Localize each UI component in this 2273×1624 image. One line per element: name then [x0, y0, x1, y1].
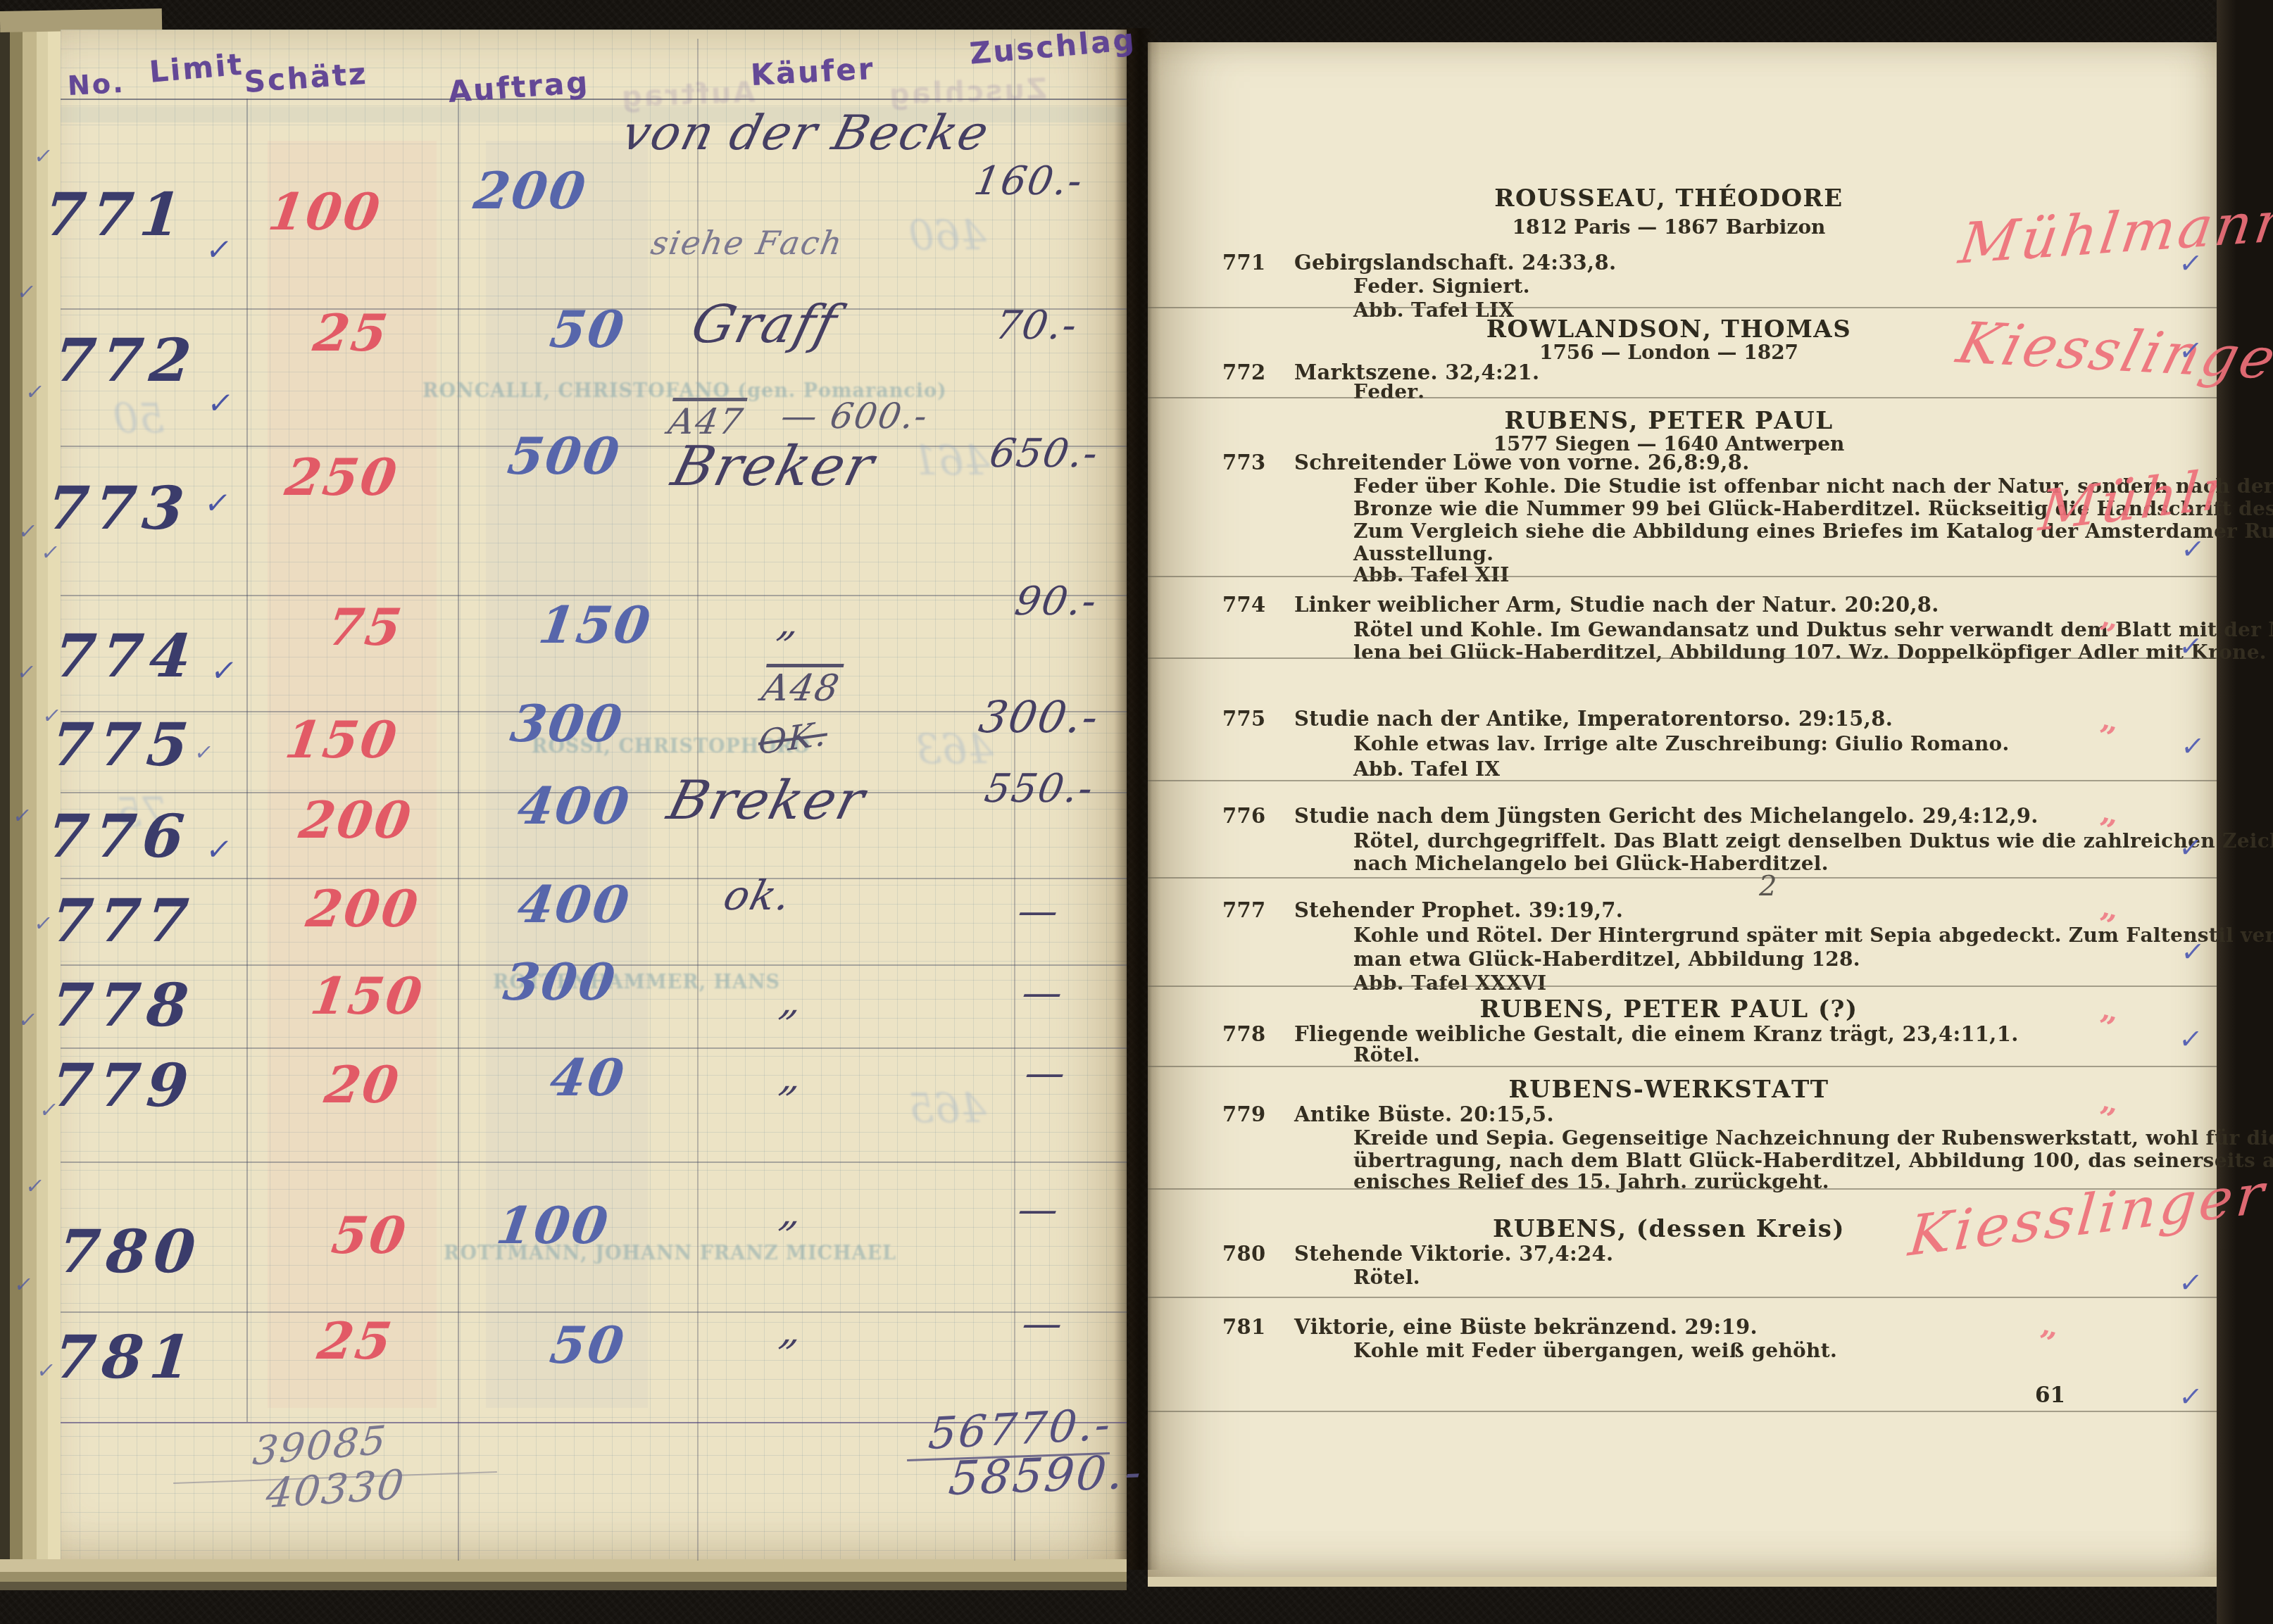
catalog-lot-number: 778 — [1222, 1022, 1265, 1046]
pencil-mark: 2 — [1759, 870, 1777, 902]
checkmark-icon: ✓ — [2179, 731, 2206, 762]
page-stack-edge-bottom — [0, 1572, 1127, 1582]
entry-divider — [1148, 877, 2217, 879]
column-header-no: No. — [67, 68, 126, 101]
bleedthrough-number: 461 — [912, 436, 990, 484]
catalog-lot-number: 775 — [1222, 707, 1265, 731]
catalog-lot-number: 780 — [1222, 1242, 1265, 1266]
hammer-price: 300.- — [975, 691, 1103, 743]
entry-divider — [1148, 657, 2217, 659]
catalog-lot-line: Feder. Signiert. — [1353, 275, 1530, 298]
limit-value: 200 — [303, 879, 423, 938]
limit-value: 150 — [282, 710, 402, 769]
catalog-lot-line: Kohle mit Feder übergangen, weiß gehöht. — [1353, 1339, 1837, 1362]
artist-heading: RUBENS, PETER PAUL — [1183, 407, 2155, 435]
catalog-lot-number: 776 — [1222, 804, 1265, 828]
catalog-lot-line: lena bei Glück-Haberditzel, Abbildung 10… — [1353, 641, 2273, 664]
catalog-lot-number: 772 — [1222, 360, 1265, 384]
catalog-lot-line: Abb. Tafel XII — [1353, 563, 1510, 586]
catalog-lot-title: Stehender Prophet. 39:19,7. — [1294, 898, 1623, 922]
hammer-price-dash: — — [1019, 970, 1067, 1016]
catalog-lot-number: 777 — [1222, 898, 1265, 922]
catalog-lot-line: Abb. Tafel IX — [1353, 757, 1500, 781]
page-stack-edge — [0, 30, 10, 1561]
catalog-lot-title: Antike Büste. 20:15,5. — [1294, 1102, 1554, 1126]
schaetz-value: 50 — [546, 299, 630, 359]
hammer-price: 650.- — [987, 431, 1103, 477]
page-stack-edge — [23, 30, 37, 1561]
entry-divider — [1148, 1066, 2217, 1067]
entry-divider — [1148, 1411, 2217, 1412]
lot-number: 772 — [51, 325, 200, 395]
entry-divider — [1148, 780, 2217, 781]
pencil-sum-corrected: 40330 — [264, 1460, 408, 1517]
entry-divider — [1148, 397, 2217, 398]
limit-value: 50 — [328, 1205, 411, 1265]
buyer-name: Graff — [686, 294, 844, 355]
lot-number: 781 — [51, 1322, 200, 1392]
limit-value: 25 — [314, 1311, 397, 1371]
hammer-price-dash: — — [1019, 1301, 1067, 1347]
catalog-lot-number: 779 — [1222, 1102, 1265, 1126]
schaetz-value: 100 — [493, 1195, 613, 1255]
row-rule — [61, 1162, 1127, 1163]
lot-number: 777 — [49, 886, 197, 955]
catalog-lot-number: 771 — [1222, 251, 1265, 275]
red-buyer-annotation: Mühlmann — [2036, 439, 2217, 543]
buyer-name: von der Becke — [616, 106, 995, 161]
catalog-lot-line: Rötel, durchgegriffelt. Das Blatt zeigt … — [1353, 829, 2273, 852]
page-stack-edge-bottom — [0, 1559, 1127, 1572]
schaetz-value: 50 — [546, 1315, 630, 1375]
checkmark-icon: ✓ — [2177, 631, 2204, 662]
catalog-lot-title: Studie nach dem Jüngsten Gericht des Mic… — [1294, 804, 2039, 828]
column-rule — [458, 99, 459, 1561]
lot-number: 778 — [49, 970, 197, 1040]
entry-divider — [1148, 307, 2217, 308]
limit-value: 75 — [324, 597, 407, 657]
hammer-price: 70.- — [992, 303, 1082, 348]
bleedthrough-number: 465 — [908, 1084, 987, 1132]
column-rule — [246, 99, 248, 1422]
lot-number: 771 — [42, 180, 190, 249]
catalog-lot-number: 773 — [1222, 451, 1265, 474]
checkmark-icon: ✓ — [2177, 1024, 2204, 1055]
limit-value: 150 — [307, 966, 427, 1026]
schaetz-value: 300 — [507, 693, 627, 753]
limit-value: 25 — [310, 303, 393, 363]
zuschlag-total-corrected: 58590.- — [946, 1444, 1146, 1506]
book-gutter — [1114, 28, 1160, 1570]
red-annotation-clip: Mühlmann — [2035, 436, 2217, 591]
hammer-price: 160.- — [971, 158, 1087, 204]
hammer-price-dash: — — [1022, 1050, 1070, 1096]
schaetz-value: 150 — [535, 595, 656, 655]
hammer-price: 90.- — [1012, 579, 1101, 624]
catalog-lot-line: enisches Relief des 15. Jahrh. zurückgeh… — [1353, 1170, 1829, 1193]
checkmark-icon: ✓ — [2177, 1381, 2204, 1412]
page-stack-edge — [10, 30, 23, 1561]
checkmark-icon: ✓ — [2177, 1267, 2204, 1298]
buyer-note: ok. — [719, 871, 797, 919]
checkmark-icon: ✓ — [2179, 534, 2206, 565]
lot-number: 775 — [49, 710, 197, 779]
page-stack-edge-bottom — [1148, 1577, 2217, 1587]
checkmark-icon: ✓ — [2177, 832, 2204, 863]
column-header-kaeufer: Käufer — [750, 51, 876, 92]
lot-number: 780 — [56, 1216, 204, 1286]
hammer-price-dash: — — [1015, 888, 1063, 934]
buyer-name: Breker — [666, 435, 882, 498]
entry-divider — [1148, 986, 2217, 987]
schaetz-value: 40 — [546, 1047, 630, 1107]
buyer-note: siehe Fach — [648, 224, 846, 262]
catalog-lot-line: übertragung, nach dem Blatt Glück-Haberd… — [1353, 1149, 2273, 1172]
bleedthrough-number: 50 — [113, 394, 165, 442]
catalog-lot-title: Fliegende weibliche Gestalt, die einem K… — [1294, 1022, 2019, 1046]
limit-value: 20 — [321, 1055, 404, 1114]
catalog-lot-line: Rötel und Kohle. Im Gewandansatz und Duk… — [1353, 618, 2273, 641]
catalog-lot-number: 781 — [1222, 1315, 1265, 1339]
limit-value: 250 — [282, 447, 402, 507]
lot-number: 774 — [51, 621, 200, 691]
lot-number: 773 — [44, 473, 193, 543]
catalog-lot-line: Abb. Tafel XXXVI — [1353, 971, 1546, 995]
limit-value: 200 — [296, 790, 416, 850]
catalog-lot-line: Kohle und Rötel. Der Hintergrund später … — [1353, 924, 2273, 947]
catalog-lot-line: Feder. — [1353, 380, 1424, 403]
open-auction-ledger-book: No. Limit Schätz Auftrag Käufer Zuschlag… — [0, 0, 2273, 1624]
schaetz-value: 400 — [514, 776, 634, 836]
lot-number: 779 — [49, 1050, 197, 1120]
catalog-lot-line: nach Michelangelo bei Glück-Haberditzel. — [1353, 852, 1829, 875]
catalog-lot-line: Rötel. — [1353, 1266, 1420, 1289]
bleedthrough-number: 460 — [908, 211, 987, 259]
catalog-lot-title: Stehende Viktorie. 37,4:24. — [1294, 1242, 1613, 1266]
artist-heading: RUBENS-WERKSTATT — [1183, 1076, 2155, 1104]
buyer-name: Breker — [662, 769, 872, 831]
schaetz-value: 500 — [504, 426, 625, 486]
artist-heading: RUBENS, PETER PAUL (?) — [1183, 995, 2155, 1024]
page-stack-edge-bottom — [0, 1582, 1127, 1590]
auftrag-amount: — 600.- — [778, 396, 932, 436]
hammer-price: 550.- — [982, 766, 1098, 812]
catalog-lot-title: Studie nach der Antike, Imperatorentorso… — [1294, 707, 1893, 731]
catalog-lot-line: Rötel. — [1353, 1043, 1420, 1066]
checkmark-icon: ✓ — [2177, 335, 2204, 366]
lot-number: 776 — [44, 801, 193, 871]
catalog-lot-title: Viktorie, eine Büste bekränzend. 29:19. — [1294, 1315, 1758, 1339]
catalog-lot-line: Kohle etwas lav. Irrige alte Zuschreibun… — [1353, 732, 2010, 755]
entry-divider — [1148, 1297, 2217, 1298]
catalog-lot-title: Linker weiblicher Arm, Studie nach der N… — [1294, 593, 1939, 617]
hammer-price-dash: — — [1015, 1187, 1063, 1233]
schaetz-value: 200 — [470, 160, 591, 220]
page-stack-edge — [37, 30, 48, 1561]
page-stack-edge-top — [0, 8, 162, 32]
row-rule — [61, 1311, 1127, 1313]
catalog-lot-line: Kreide und Sepia. Gegenseitige Nachzeich… — [1353, 1126, 2273, 1150]
schaetz-value: 400 — [514, 874, 634, 934]
checkmark-icon: ✓ — [2179, 936, 2206, 967]
auftrag-code: A48 — [758, 667, 843, 710]
catalog-lot-line: Ausstellung. — [1353, 542, 1494, 565]
catalog-lot-title: Schreitender Löwe von vorne. 26,8:9,8. — [1294, 451, 1750, 474]
catalog-lot-title: Gebirgslandschaft. 24:33,8. — [1294, 251, 1616, 275]
schaetz-value: 300 — [500, 952, 620, 1012]
limit-value: 100 — [265, 182, 385, 241]
checkmark-icon: ✓ — [2177, 248, 2204, 279]
catalog-lot-number: 774 — [1222, 593, 1265, 617]
page-number: 61 — [2035, 1383, 2065, 1408]
catalog-lot-line: man etwa Glück-Haberditzel, Abbildung 12… — [1353, 948, 1860, 971]
